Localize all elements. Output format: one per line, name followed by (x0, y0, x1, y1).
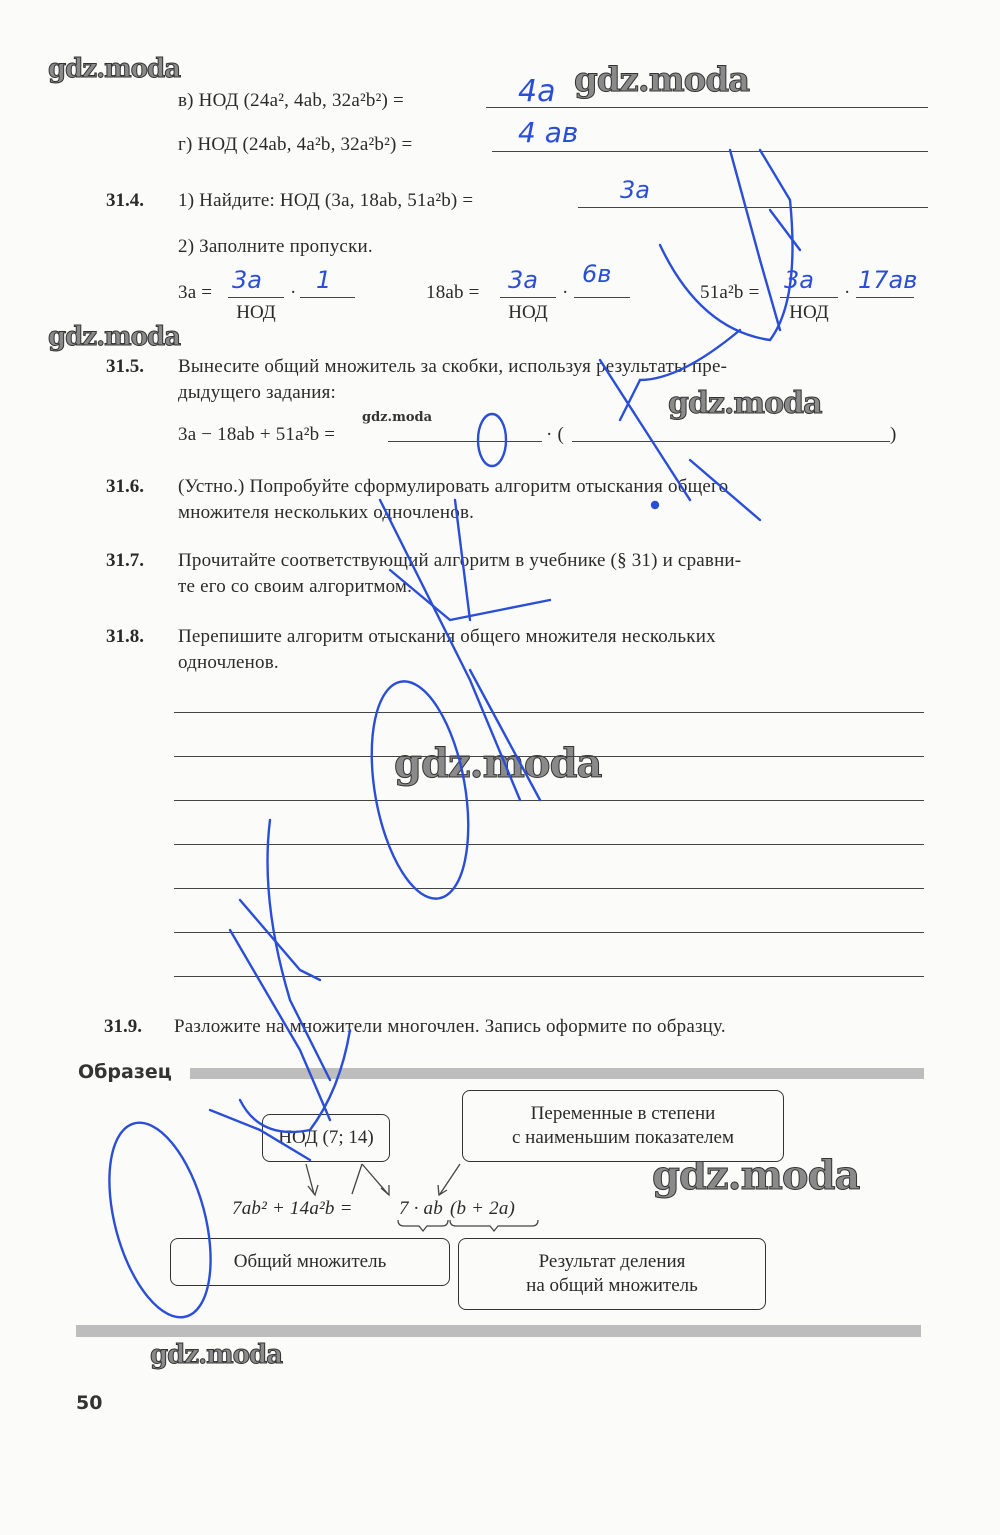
watermark: gdz.moda (150, 1340, 282, 1370)
watermark: gdz.moda (394, 740, 601, 787)
watermark: gdz.moda (48, 322, 180, 352)
answer-line (578, 207, 928, 208)
answer-line (492, 151, 928, 152)
answer-line (388, 441, 542, 442)
task-31-5-text: дыдущего задания: (178, 382, 336, 404)
task-number: 31.6. (106, 476, 144, 498)
task-31-7-text: Прочитайте соответствующий алгоритм в уч… (178, 550, 741, 572)
fill-denominator: НОД (228, 302, 284, 324)
writing-line[interactable] (174, 756, 924, 757)
box-division-result-text: Результат деления (539, 1250, 686, 1274)
page-number: 50 (76, 1392, 102, 1414)
box-variables-text: Переменные в степени (531, 1102, 716, 1126)
writing-line[interactable] (174, 932, 924, 933)
task-31-5-expr: 3a − 18ab + 51a²b = (178, 424, 335, 446)
formula-lhs: 7ab² + 14a²b = (232, 1198, 353, 1220)
task-number: 31.4. (106, 190, 144, 212)
writing-line[interactable] (174, 888, 924, 889)
fill-denominator: НОД (780, 302, 838, 324)
answer-line (500, 297, 556, 298)
dot: · (562, 282, 569, 304)
fill-factor: 1 (316, 266, 331, 294)
writing-line[interactable] (174, 976, 924, 977)
task-number: 31.8. (106, 626, 144, 648)
answer-line (574, 297, 630, 298)
fill-factor: 17aв (858, 266, 917, 294)
box-common-factor-text: Общий множитель (234, 1250, 387, 1274)
box-common-factor: Общий множитель (170, 1238, 450, 1286)
task-number: 31.7. (106, 550, 144, 572)
paren-open: · ( (546, 424, 564, 446)
writing-line[interactable] (174, 712, 924, 713)
fill-gcd: 3a (508, 266, 538, 294)
answer-line (780, 297, 838, 298)
fill-lhs: 3a = (178, 282, 212, 304)
fill-denominator: НОД (500, 302, 556, 324)
task-31-5-text: Вынесите общий множитель за скобки, испо… (178, 356, 727, 378)
dot: · (844, 282, 851, 304)
task-31-4-part1: 1) Найдите: НОД (3a, 18ab, 51a²b) = (178, 190, 473, 212)
watermark: gdz.moda (362, 410, 432, 425)
task-31-7-text: те его со своим алгоритмом. (178, 576, 412, 598)
writing-line[interactable] (174, 844, 924, 845)
task-31-6-text: (Устно.) Попробуйте сформулировать алгор… (178, 476, 728, 498)
dot: · (290, 282, 297, 304)
box-gcd: НОД (7; 14) (262, 1114, 390, 1162)
answer-31-3-v: 4a (518, 74, 555, 109)
box-division-result: Результат деления на общий множитель (458, 1238, 766, 1310)
answer-line (572, 441, 890, 442)
box-variables-text: с наименьшим показателем (512, 1126, 734, 1150)
answer-31-4-part1: 3a (620, 176, 650, 204)
fill-lhs: 51a²b = (700, 282, 760, 304)
task-31-8-text: одночленов. (178, 652, 279, 674)
task-number: 31.5. (106, 356, 144, 378)
box-variables: Переменные в степени с наименьшим показа… (462, 1090, 784, 1162)
answer-line (300, 297, 355, 298)
watermark: gdz.moda (668, 386, 822, 421)
footer-divider (76, 1325, 921, 1337)
task-31-8-text: Перепишите алгоритм отыскания общего мно… (178, 626, 716, 648)
fill-lhs: 18ab = (426, 282, 480, 304)
task-31-3-v-label: в) НОД (24a², 4ab, 32a²b²) = (178, 90, 404, 112)
sample-heading: Образец (78, 1061, 172, 1083)
task-31-4-part2: 2) Заполните пропуски. (178, 236, 373, 258)
box-division-result-text: на общий множитель (526, 1274, 698, 1298)
watermark: gdz.moda (574, 60, 749, 100)
task-31-9-text: Разложите на множители многочлен. Запись… (174, 1016, 726, 1038)
fill-gcd: 3a (784, 266, 814, 294)
formula-factor: 7 · ab (399, 1198, 443, 1220)
answer-line (228, 297, 284, 298)
sample-divider (190, 1068, 924, 1079)
answer-31-3-g: 4 aв (518, 116, 578, 149)
writing-line[interactable] (174, 800, 924, 801)
formula-rest: (b + 2a) (450, 1198, 515, 1220)
answer-line (856, 297, 914, 298)
task-31-3-g-label: г) НОД (24ab, 4a²b, 32a²b²) = (178, 134, 412, 156)
fill-gcd: 3a (232, 266, 262, 294)
paren-close: ) (890, 424, 897, 446)
task-number: 31.9. (104, 1016, 142, 1038)
fill-factor: 6в (582, 260, 611, 288)
task-31-6-text: множителя нескольких одночленов. (178, 502, 474, 524)
box-gcd-text: НОД (7; 14) (278, 1126, 373, 1150)
watermark: gdz.moda (48, 54, 180, 84)
